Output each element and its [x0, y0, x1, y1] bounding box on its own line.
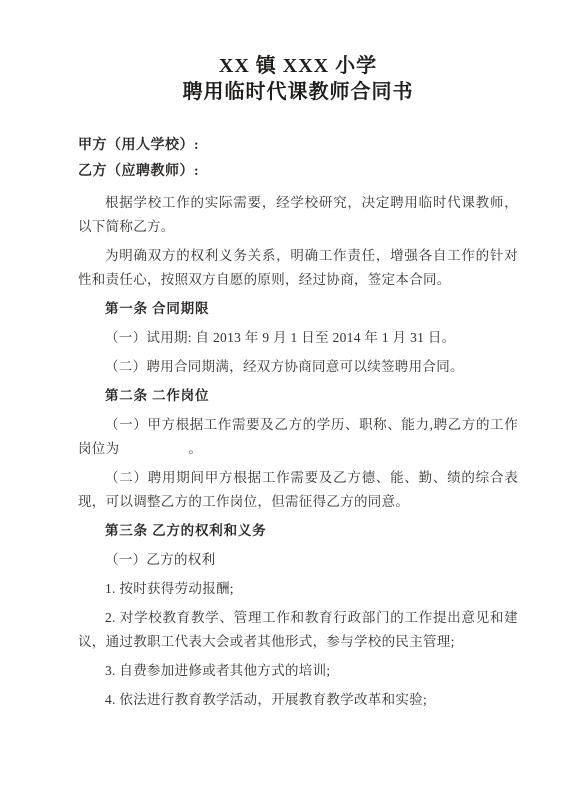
- section-1-item-1: （一）试用期: 自 2013 年 9 月 1 日至 2014 年 1 月 31 …: [78, 326, 518, 350]
- preamble-paragraph-1: 根据学校工作的实际需要，经学校研究，决定聘用临时代课教师，以下简称乙方。: [78, 191, 518, 239]
- section-2-heading: 第二条 二作岗位: [78, 384, 518, 408]
- party-b-line: 乙方（应聘教师）:: [78, 159, 518, 185]
- preamble-paragraph-2: 为明确双方的权利义务关系，明确工作责任，增强各自工作的针对性和责任心，按照双方自…: [78, 244, 518, 292]
- document-title: XX 镇 XXX 小学 聘用临时代课教师合同书: [78, 54, 518, 105]
- section-3-subheading: （一）乙方的权利: [78, 548, 518, 572]
- section-3-item-3: 3. 自费参加进修或者其他方式的培训;: [78, 659, 518, 683]
- document-title-contract-name: 聘用临时代课教师合同书: [78, 79, 518, 105]
- section-1-heading: 第一条 合同期限: [78, 297, 518, 321]
- contract-document-page: XX 镇 XXX 小学 聘用临时代课教师合同书 甲方（用人学校）: 乙方（应聘教…: [0, 0, 566, 800]
- section-3-heading: 第三条 乙方的权利和义务: [78, 519, 518, 543]
- section-3-item-1: 1. 按时获得劳动报酬;: [78, 577, 518, 601]
- section-2-item-2: （二）聘用期间甲方根据工作需要及乙方德、能、勤、绩的综合表现，可以调整乙方的工作…: [78, 466, 518, 514]
- section-2-item-1: （一）甲方根据工作需要及乙方的学历、职称、能力,聘乙方的工作岗位为 。: [78, 413, 518, 461]
- party-a-line: 甲方（用人学校）:: [78, 133, 518, 159]
- contract-body: 根据学校工作的实际需要，经学校研究，决定聘用临时代课教师，以下简称乙方。 为明确…: [78, 191, 518, 712]
- section-3-item-4: 4. 依法进行教育教学活动，开展教育教学改革和实验;: [78, 688, 518, 712]
- section-3-item-2: 2. 对学校教育教学、管理工作和教育行政部门的工作提出意见和建议，通过教职工代表…: [78, 606, 518, 654]
- section-1-item-2: （二）聘用合同期满，经双方协商同意可以续签聘用合同。: [78, 355, 518, 379]
- parties-block: 甲方（用人学校）: 乙方（应聘教师）:: [78, 133, 518, 185]
- document-title-school: XX 镇 XXX 小学: [78, 54, 518, 79]
